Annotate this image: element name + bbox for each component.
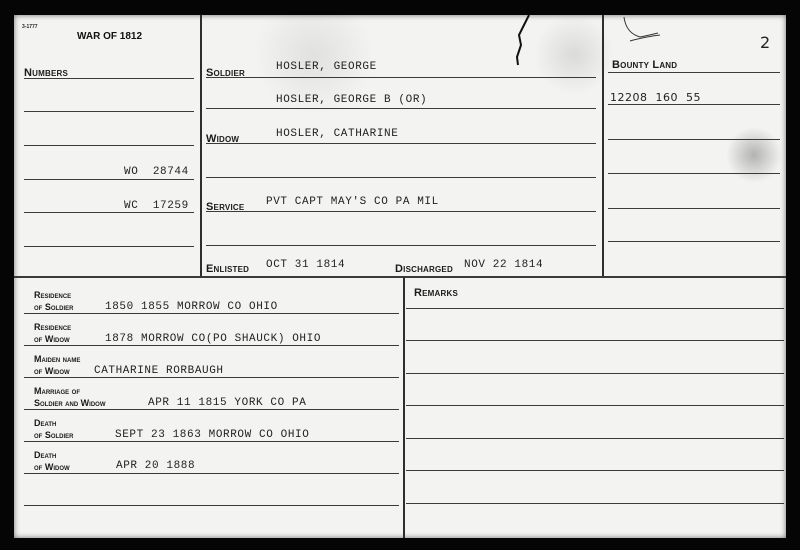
service-value: PVT CAPT MAY'S CO PA MIL [266,196,439,208]
residence-soldier-label: Residenceof Soldier [34,289,74,313]
marriage-value: APR 11 1815 YORK CO PA [148,397,306,409]
tear-mark-icon [509,15,539,67]
rule [406,373,784,374]
pencil-mark-icon [610,15,670,45]
number-entry-wo: WO 28744 [124,166,189,178]
death-soldier-label: Deathof Soldier [34,417,74,441]
rule [206,143,596,144]
rule [206,77,596,78]
maiden-name-label: Maiden nameof Widow [34,353,80,377]
divider [602,15,604,277]
rule [24,505,399,506]
death-widow-value: APR 20 1888 [116,460,195,472]
death-soldier-value: SEPT 23 1863 MORROW CO OHIO [115,429,309,441]
rule [24,246,194,247]
discharged-label: Discharged [395,263,453,275]
maiden-name-value: CATHARINE RORBAUGH [94,365,224,377]
rule [24,111,194,112]
marriage-label: Marriage ofSoldier and Widow [34,385,106,409]
rule [406,405,784,406]
residence-widow-label: Residenceof Widow [34,321,71,345]
rule [406,470,784,471]
bounty-land-value: 12208 160 55 [610,91,701,104]
rule [406,340,784,341]
remarks-label: Remarks [414,287,458,299]
number-entry-wc: WC 17259 [124,200,189,212]
rule [608,241,780,242]
rule [24,145,194,146]
rule [24,377,399,378]
rule [24,345,399,346]
discharged-date: NOV 22 1814 [464,259,543,271]
rule [24,473,399,474]
soldier-name: HOSLER, GEORGE [276,61,377,73]
rule [24,409,399,410]
form-number: 3-1777 [22,24,38,30]
rule [206,245,596,246]
enlisted-date: OCT 31 1814 [266,259,345,271]
divider [403,277,405,538]
widow-name: HOSLER, CATHARINE [276,128,398,140]
pension-index-card: 3-1777 WAR OF 1812 2 Numbers WO 28744 WC… [14,15,786,538]
death-widow-label: Deathof Widow [34,449,70,473]
residence-soldier-value: 1850 1855 MORROW CO OHIO [105,301,278,313]
rule [206,108,596,109]
rule [608,139,780,140]
soldier-alt-name: HOSLER, GEORGE B (OR) [276,94,427,106]
card-title: WAR OF 1812 [77,31,142,42]
rule [406,308,784,309]
rule [406,438,784,439]
rule [406,503,784,504]
rule [608,104,780,105]
divider [200,15,202,277]
rule [24,313,399,314]
residence-widow-value: 1878 MORROW CO(PO SHAUCK) OHIO [105,333,321,345]
bounty-land-label: Bounty Land [612,59,677,71]
rule [608,72,780,73]
rule [24,212,194,213]
rule [24,441,399,442]
page-mark: 2 [760,33,770,52]
rule [608,208,780,209]
section-divider [14,276,786,278]
rule [24,179,194,180]
rule [24,78,194,79]
rule [206,177,596,178]
rule [206,211,596,212]
enlisted-label: Enlisted [206,263,249,275]
rule [608,173,780,174]
